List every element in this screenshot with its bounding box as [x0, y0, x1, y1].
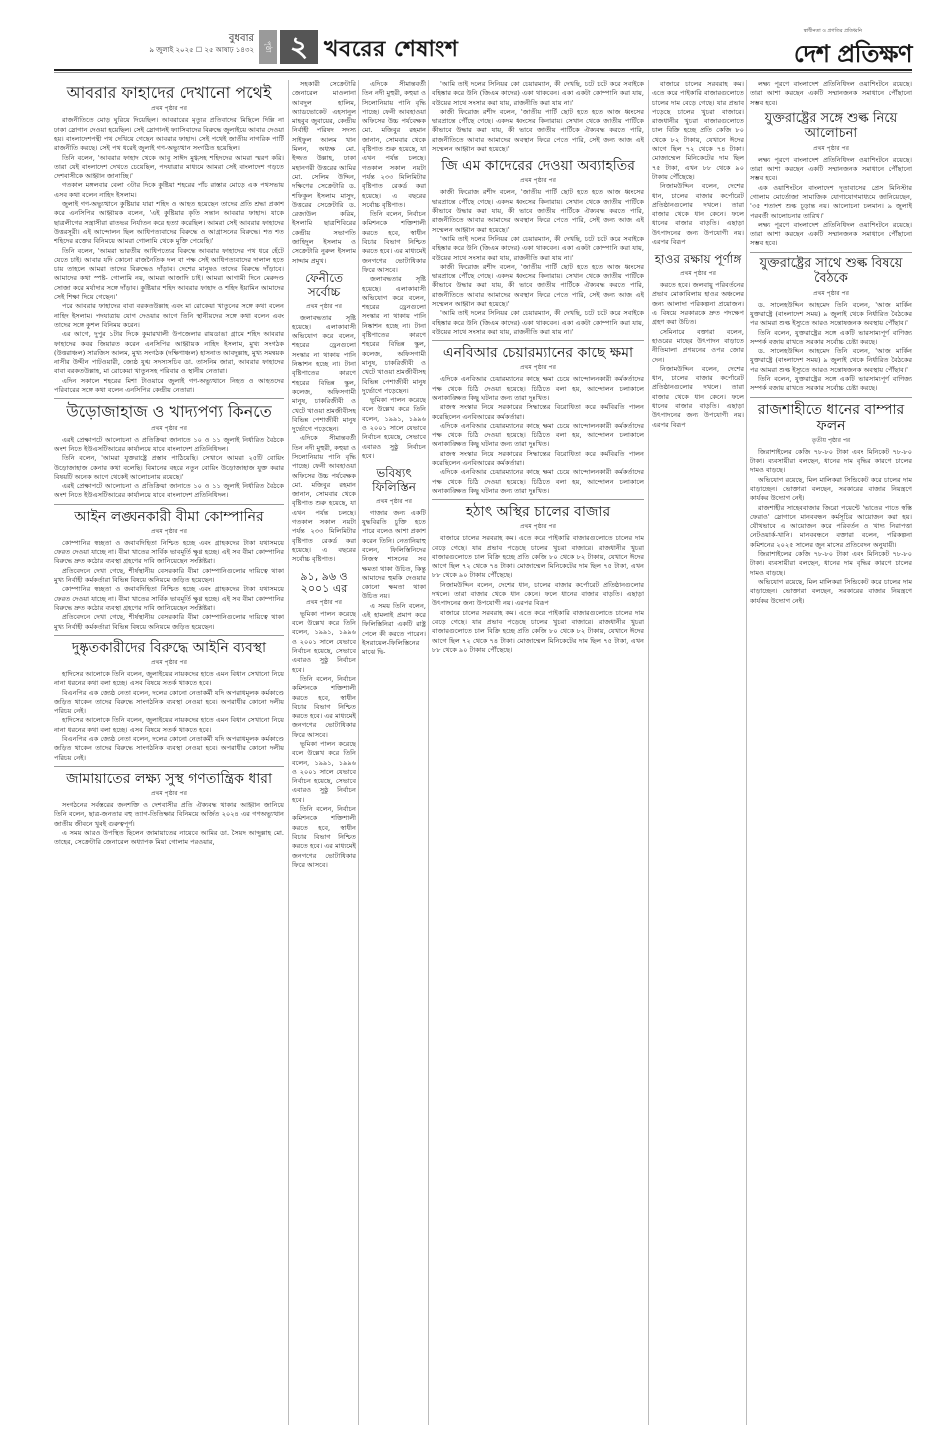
paragraph: এরই প্রেক্ষাপটে আলোচনা ও প্রতিক্রিয়া জা…: [54, 482, 284, 501]
continuation-note: প্রথম পৃষ্ঠার পর: [362, 496, 426, 507]
paragraph: গাজার জন্য একটি যুদ্ধবিরতি চুক্তি হতে পা…: [362, 509, 426, 602]
paragraph: এদিকে সীমান্তবর্তী তিন নদী মুহুরী, কহুয়…: [362, 80, 426, 210]
masthead-date-block: বুধবার ৯ জুলাই ২০২৫ ☐ ২৫ আষাঢ় ১৪৩২: [54, 32, 254, 56]
paragraph: এদিকে এনবিআর চেয়ারম্যানের কাছে ক্ষমা চে…: [432, 422, 644, 450]
column-separator: [358, 80, 359, 1425]
article-abrar-fahad: আবরার ফাহাদের দেখানো পথেই প্রথম পৃষ্ঠার …: [54, 84, 284, 395]
paragraph: নিজামউদ্দিন বলেন, দেশের ধান, চালের বাজার…: [652, 365, 744, 430]
headline: এনবিআর চেয়ারম্যানের কাছে ক্ষমা: [432, 345, 644, 361]
paragraph: বাজারে চালের সরবরাহ কম। এতে করে পাইকারি …: [652, 80, 744, 182]
column-6: লক্ষ্য পূরণে বাংলাদেশ প্রতিনিধিদল ওয়াশি…: [750, 80, 912, 1425]
headline: যুক্তরাষ্ট্রের সাথে শুল্ক বিষয়ে বৈঠকে: [750, 257, 912, 287]
headline: ভবিষ্যৎ ফিলিস্তিন: [362, 467, 426, 495]
paragraph: রাজস্ব সংস্কার নিয়ে সরকারের সিদ্ধান্তের…: [432, 450, 644, 469]
paragraph: প্রতিবেদনে দেখা গেছে, শীর্ষস্থানীয় বেসর…: [54, 613, 284, 632]
paragraph: রাজশাহীর সাহেববাজার জিরো পয়েন্টে 'ভাতের…: [750, 504, 912, 550]
continuation-note: প্রথম পৃষ্ঠার পর: [54, 657, 284, 668]
paragraph: পরে আবরার ফাহাদের বাবা বরকতউল্লাহ এবং মা…: [54, 302, 284, 330]
column-5: বাজারে চালের সরবরাহ কম। এতে করে পাইকারি …: [652, 80, 744, 1425]
column-separator: [288, 80, 289, 1425]
paragraph: ড. সালেহউদ্দিন আহমেদ তিনি বলেন, 'আজ মার্…: [750, 347, 912, 375]
paragraph: বাজারে চালের সরবরাহ কম। এতে করে পাইকারি …: [432, 534, 644, 580]
paragraph: 'আমি তাই দলের সিনিয়র কো চেয়ারম্যান, কী…: [432, 80, 644, 108]
continuation-note: প্রথম পৃষ্ঠার পর: [54, 526, 284, 537]
paragraph: নিজামউদ্দিন বলেন, দেশের ধান, চালের বাজার…: [652, 182, 744, 247]
paragraph: এদিকে এনবিআর চেয়ারম্যানের কাছে ক্ষমা চে…: [432, 468, 644, 496]
paragraph: কাজী ফিরোজ রশীদ বলেন, 'জাতীয় পার্টি ছোট…: [432, 188, 644, 234]
paragraph: কোম্পানির স্বচ্ছতা ও জবাবদিহিতা নিশ্চিত …: [54, 539, 284, 567]
headline: ফেনীতে সর্বোচ্চ: [292, 272, 356, 300]
paragraph: লক্ষ্য পূরণে বাংলাদেশ প্রতিনিধিদল ওয়াশি…: [750, 156, 912, 184]
column-3: এদিকে সীমান্তবর্তী তিন নদী মুহুরী, কহুয়…: [362, 80, 426, 1425]
column-4: 'আমি তাই দলের সিনিয়র কো চেয়ারম্যান, কী…: [432, 80, 644, 1425]
paragraph: তিনি বলেন, নির্বাচন কমিশনকে শক্তিশালী কর…: [292, 675, 356, 740]
paragraph: তিনি বলেন, 'আমরা যুক্তরাষ্ট্রে প্রস্তাব …: [54, 454, 284, 482]
paragraph: এদিন সকালে শহরের মিশা টাওয়ারে জুলাই গণ-…: [54, 377, 284, 396]
paragraph: জলাবদ্ধতার সৃষ্টি হয়েছে। এলাকাবাসী অভিয…: [362, 275, 426, 396]
paragraph: এক ওয়াশিংটনে বাংলাদেশ দূতাবাসের প্রেস ম…: [750, 184, 912, 221]
section-title: খবরের শেষাংশ: [324, 32, 458, 69]
paragraph: ড. সালেহউদ্দিন আহমেদ তিনি বলেন, 'আজ মার্…: [750, 301, 912, 329]
continuation-note: প্রথম পৃষ্ঠার পর: [54, 423, 284, 434]
paragraph: এ সময় তিনি বলেন, এই হামলাই প্রমাণ করে ফ…: [362, 602, 426, 658]
paragraph: 'আমি তাই দলের সিনিয়র কো চেয়ারম্যান, কী…: [432, 235, 644, 263]
continuation-note: প্রথম পৃষ্ঠার পর: [432, 521, 644, 532]
headline: ৯১, ৯৬ ও ২০০১ এর: [292, 571, 356, 596]
article-insurance: আইন লঙ্ঘনকারী বীমা কোম্পানির প্রথম পৃষ্ঠ…: [54, 509, 284, 632]
paragraph: বিএনপির এক জ্যেষ্ঠ নেতা বলেন, দলের কোনো …: [54, 689, 284, 717]
masthead: বুধবার ৯ জুলাই ২০২৫ ☐ ২৫ আষাঢ় ১৪৩২ পৃষ্…: [54, 30, 912, 70]
article-aircraft-food: উড়োজাহাজ ও খাদ্যপণ্য কিনতে প্রথম পৃষ্ঠা…: [54, 403, 284, 500]
continuation-note: প্রথম পৃষ্ঠার পর: [750, 288, 912, 299]
headline: জি এম কাদেরের দেওয়া অব্যাহতির: [432, 158, 644, 174]
paragraph: কাজী ফিরোজ রশীদ বলেন, 'জাতীয় পার্টি ছোট…: [432, 263, 644, 309]
paragraph: অভিযোগ রয়েছে, মিল মালিকরা সিন্ডিকেট করে…: [750, 476, 912, 504]
paragraph: এদিকে সীমান্তবর্তী তিন নদী মুহুরী, কহুয়…: [292, 434, 356, 564]
paragraph: তিনি বলেন, যুক্তরাষ্ট্রের সঙ্গে একটি ভার…: [750, 375, 912, 394]
paragraph: গতকাল মঙ্গলবার বেলা ৩টার দিকে কুষ্টিয়া …: [54, 181, 284, 200]
paragraph: জলাবদ্ধতার সৃষ্টি হয়েছে। এলাকাবাসী অভিয…: [292, 314, 356, 435]
paragraph: তিনি বলেন, 'আবরার ফাহাদ থেকে আবু সাঈদ মু…: [54, 154, 284, 182]
paragraph: হাদিসের আলোকে তিনি বলেন, জুলাইয়ের নায়ক…: [54, 716, 284, 735]
paragraph: জুলাই গণ-অভ্যুত্থানে কুষ্টিয়ার যারা শহি…: [54, 200, 284, 246]
masthead-rule: [54, 69, 912, 71]
continuation-note: প্রথম পৃষ্ঠার পর: [292, 597, 356, 608]
paragraph: লক্ষ্য পূরণে বাংলাদেশ প্রতিনিধিদল ওয়াশি…: [750, 221, 912, 249]
paragraph: কাজী ফিরোজ রশীদ বলেন, 'জাতীয় পার্টি ছোট…: [432, 108, 644, 154]
paragraph: সহকারী সেক্রেটারি জেনারেল মাওলানা আবদুল …: [292, 80, 356, 266]
paragraph: সংগঠনের সর্বস্তরের জনশক্তি ও দেশবাসীর প্…: [54, 801, 284, 829]
column-separator: [428, 80, 429, 1425]
headline: আবরার ফাহাদের দেখানো পথেই: [54, 84, 284, 102]
paragraph: এ সময় আরও উপস্থিত ছিলেন জামায়াতের নায়…: [54, 829, 284, 848]
paragraph: তিনি বলেন, নির্বাচন কমিশনকে শক্তিশালী কর…: [362, 210, 426, 275]
headline: আইন লঙ্ঘনকারী বীমা কোম্পানির: [54, 509, 284, 525]
article-jamaat: জামায়াতের লক্ষ্য সুস্থ গণতান্ত্রিক ধারা…: [54, 771, 284, 848]
continuation-note: প্রথম পৃষ্ঠার পর: [54, 788, 284, 799]
paragraph: করতে হবে। জলবায়ু পরিবর্তনের প্রভাব মোকা…: [652, 281, 744, 327]
continuation-note: প্রথম পৃষ্ঠার পর: [292, 301, 356, 312]
paragraph: তিনি বলেন, নির্বাচন কমিশনকে শক্তিশালী কর…: [292, 805, 356, 870]
paragraph: এরই প্রেক্ষাপটে আলোচনা ও প্রতিক্রিয়া জা…: [54, 436, 284, 455]
continuation-note: প্রথম পৃষ্ঠার পর: [432, 362, 644, 373]
paragraph: রাজস্ব সংস্কার নিয়ে সরকারের সিদ্ধান্তের…: [432, 403, 644, 422]
paragraph: হাদিসের আলোকে তিনি বলেন, জুলাইয়ের নায়ক…: [54, 670, 284, 689]
paragraph: ভূমিকা পালন করেছে বলে উল্লেখ করে তিনি বল…: [292, 610, 356, 675]
continuation-note: প্রথম পৃষ্ঠার পর: [652, 268, 744, 279]
paragraph: জিরাশাইলের কেজি ৭৮-৮০ টাকা এবং মিনিকেট ৭…: [750, 550, 912, 578]
headline: হাওর রক্ষায় পূর্ণাঙ্গ: [652, 253, 744, 267]
paragraph: কোম্পানির স্বচ্ছতা ও জবাবদিহিতা নিশ্চিত …: [54, 585, 284, 613]
continuation-note: প্রথম পৃষ্ঠার পর: [750, 143, 912, 154]
paragraph: ভূমিকা পালন করেছে বলে উল্লেখ করে তিনি বল…: [292, 740, 356, 805]
headline: উড়োজাহাজ ও খাদ্যপণ্য কিনতে: [54, 403, 284, 421]
column-2: সহকারী সেক্রেটারি জেনারেল মাওলানা আবদুল …: [292, 80, 356, 1425]
paragraph: নিজামউদ্দিন বলেন, দেশের ধান, চালের বাজার…: [432, 581, 644, 609]
logo-tagline: স্বাধীনতা ও প্রগতির প্রতিধ্বনি: [794, 28, 862, 36]
paragraph: রাজনীতিতে মোড় ঘুরিয়ে দিয়েছিল। আবরারের…: [54, 116, 284, 153]
paragraph: 'আমি তাই দলের সিনিয়র কো চেয়ারম্যান, কী…: [432, 309, 644, 337]
page-number: ২: [280, 30, 318, 64]
headline: হঠাৎ অস্থির চালের বাজার: [432, 504, 644, 520]
issue-date: ৯ জুলাই ২০২৫ ☐ ২৫ আষাঢ় ১৪৩২: [54, 45, 254, 56]
continuation-note: প্রথম পৃষ্ঠার পর: [432, 175, 644, 186]
page-label: পৃষ্ঠা: [259, 30, 277, 64]
paragraph: জিরাশাইলের কেজি ৭৮-৮০ টাকা এবং মিনিকেট ৭…: [750, 448, 912, 476]
continuation-note: প্রথম পৃষ্ঠার পর: [54, 103, 284, 114]
paragraph: লক্ষ্য পূরণে বাংলাদেশ প্রতিনিধিদল ওয়াশি…: [750, 80, 912, 108]
newspaper-page: বুধবার ৯ জুলাই ২০২৫ ☐ ২৫ আষাঢ় ১৪৩২ পৃষ্…: [54, 0, 912, 1425]
paragraph: এদিকে এনবিআর চেয়ারম্যানের কাছে ক্ষমা চে…: [432, 375, 644, 403]
paragraph: তিনি বলেন, 'আমরা ভারতীয় আধিপত্যের বিরুদ…: [54, 247, 284, 303]
masthead-rule-thin: [54, 72, 912, 73]
paragraph: বাজারে চালের সরবরাহ কম। এতে করে পাইকারি …: [432, 609, 644, 655]
article-miscreants: দুষ্কৃতকারীদের বিরুদ্ধে আইনি ব্যবস্থা প্…: [54, 640, 284, 763]
paragraph: এর আগে, দুপুর ১টার দিকে কুমারখালী উপজেলা…: [54, 330, 284, 376]
paragraph: অভিযোগ রয়েছে, মিল মালিকরা সিন্ডিকেট করে…: [750, 578, 912, 606]
paragraph: ভূমিকা পালন করেছে বলে উল্লেখ করে তিনি বল…: [362, 396, 426, 461]
column-separator: [746, 80, 747, 1425]
headline: যুক্তরাষ্ট্রের সঙ্গে শুল্ক নিয়ে আলোচনা: [750, 112, 912, 142]
continuation-note: তৃতীয় পৃষ্ঠার পর: [750, 435, 912, 446]
paragraph: প্রতিবেদনে দেখা গেছে, শীর্ষস্থানীয় বেসর…: [54, 567, 284, 586]
paragraph: বিএনপির এক জ্যেষ্ঠ নেতা বলেন, দলের কোনো …: [54, 735, 284, 763]
column-1: আবরার ফাহাদের দেখানো পথেই প্রথম পৃষ্ঠার …: [54, 80, 284, 1425]
paragraph: তিনি বলেন, যুক্তরাষ্ট্রের সঙ্গে একটি ভার…: [750, 329, 912, 348]
headline: জামায়াতের লক্ষ্য সুস্থ গণতান্ত্রিক ধারা: [54, 771, 284, 787]
headline: রাজশাহীতে ধানের বাম্পার ফলন: [750, 402, 912, 434]
column-separator: [648, 80, 649, 1425]
weekday: বুধবার: [54, 32, 254, 45]
headline: দুষ্কৃতকারীদের বিরুদ্ধে আইনি ব্যবস্থা: [54, 640, 284, 656]
paragraph: সেমিনারে বক্তারা বলেন, হাওরের মাছের উৎপা…: [652, 328, 744, 365]
